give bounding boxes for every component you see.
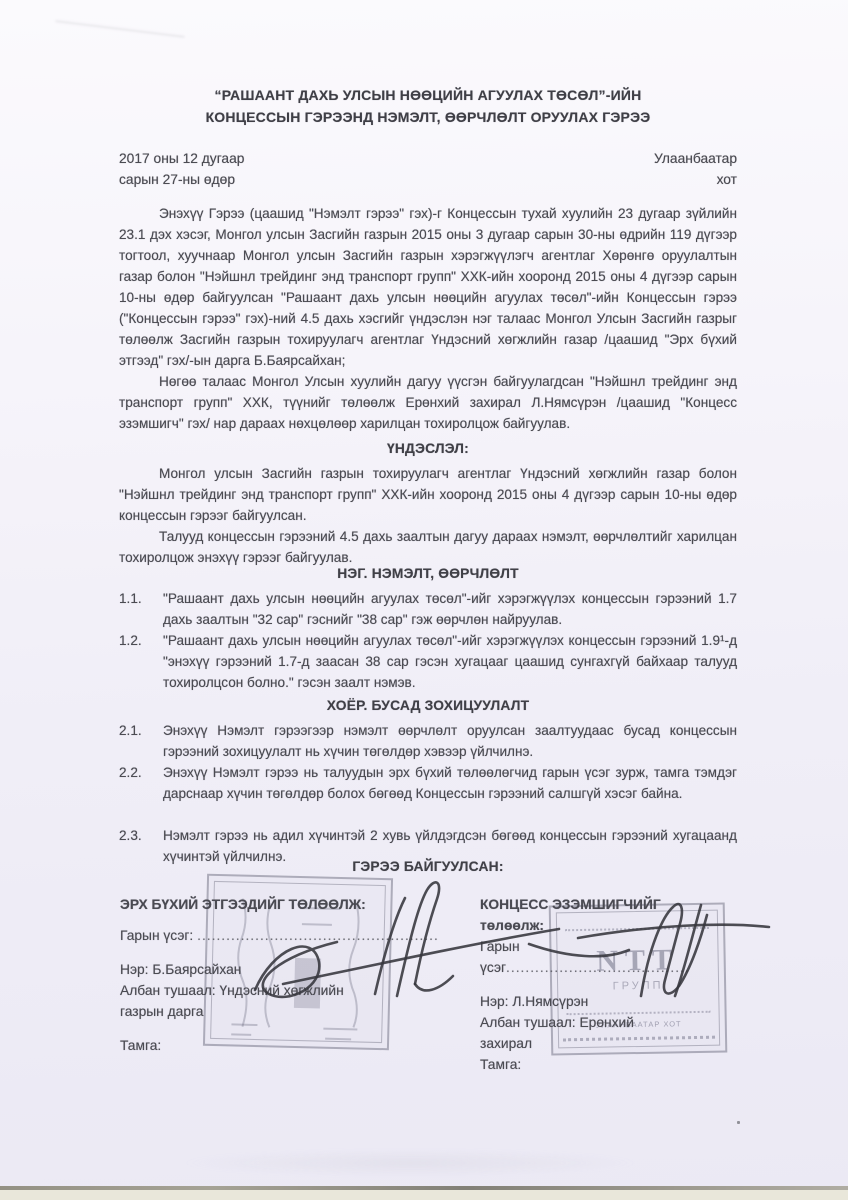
preamble-paragraph-2: Нөгөө талаас Монгол Улсын хуулийн дагуу … [119, 371, 737, 434]
document-title-line2: КОНЦЕССЫН ГЭРЭЭНД НЭМЭЛТ, ӨӨРЧЛӨЛТ ОРУУЛ… [119, 106, 737, 128]
preamble-paragraph-1: Энэхүү Гэрээ (цаашид "Нэмэлт гэрээ" гэх)… [119, 203, 737, 371]
scanned-contract-page: “РАШААНТ ДАХЬ УЛСЫН НӨӨЦИЙН АГУУЛАХ ТӨСӨ… [0, 0, 848, 1200]
grounds-heading: ҮНДЭСЛЭЛ: [119, 441, 737, 456]
clause-1-2: 1.2. "Рашаант дахь улсын нөөцийн агуулах… [119, 630, 737, 693]
grounds-paragraph-1: Монгол улсын Засгийн газрын тохируулагч … [119, 463, 737, 526]
signature-label: Гарын үсэг: [120, 928, 193, 943]
clause-text: Энэхүү Нэмэлт гэрээгээр нэмэлт өөрчлөлт … [163, 720, 737, 762]
left-handwritten-signature [225, 872, 565, 1017]
clause-text: "Рашаант дахь улсын нөөцийн агуулах төсө… [163, 630, 737, 693]
document-place: Улаанбаатар хот [654, 148, 737, 190]
clause-number: 2.1. [119, 720, 163, 762]
right-signer-position: Албан тушаал: Ерөнхий захирал [480, 1012, 665, 1054]
date-place-row: 2017 оны 12 дугаар сарын 27-ны өдөр Улаа… [119, 148, 737, 190]
document-title-line1: “РАШААНТ ДАХЬ УЛСЫН НӨӨЦИЙН АГУУЛАХ ТӨСӨ… [119, 84, 737, 106]
right-handwritten-signature [523, 896, 773, 1011]
clause-2-1: 2.1. Энэхүү Нэмэлт гэрээгээр нэмэлт өөрч… [119, 720, 737, 762]
scanner-background-strip [0, 1190, 848, 1200]
grounds-paragraph-2: Талууд концессын гэрээний 4.5 дахь заалт… [119, 526, 737, 568]
left-stamp-label: Тамга: [120, 1035, 440, 1056]
clause-1-1: 1.1. "Рашаант дахь улсын нөөцийн агуулах… [119, 588, 737, 630]
document-body: “РАШААНТ ДАХЬ УЛСЫН НӨӨЦИЙН АГУУЛАХ ТӨСӨ… [119, 0, 737, 1200]
section2-heading: ХОЁР. БУСАД ЗОХИЦУУЛАЛТ [119, 698, 737, 713]
clause-number: 1.1. [119, 588, 163, 630]
section1-heading: НЭГ. НЭМЭЛТ, ӨӨРЧЛӨЛТ [119, 566, 737, 581]
document-date: 2017 оны 12 дугаар сарын 27-ны өдөр [119, 148, 244, 190]
clause-2-2: 2.2. Энэхүү Нэмэлт гэрээ нь талуудын эрх… [119, 762, 737, 804]
clause-number: 2.2. [119, 762, 163, 804]
clause-text: "Рашаант дахь улсын нөөцийн агуулах төсө… [163, 588, 737, 630]
right-stamp-label: Тамга: [480, 1054, 730, 1075]
clause-number: 1.2. [119, 630, 163, 693]
clause-text: Энэхүү Нэмэлт гэрээ нь талуудын эрх бүхи… [163, 762, 737, 804]
scan-noise-dot [737, 1121, 740, 1124]
document-title: “РАШААНТ ДАХЬ УЛСЫН НӨӨЦИЙН АГУУЛАХ ТӨСӨ… [119, 84, 737, 128]
